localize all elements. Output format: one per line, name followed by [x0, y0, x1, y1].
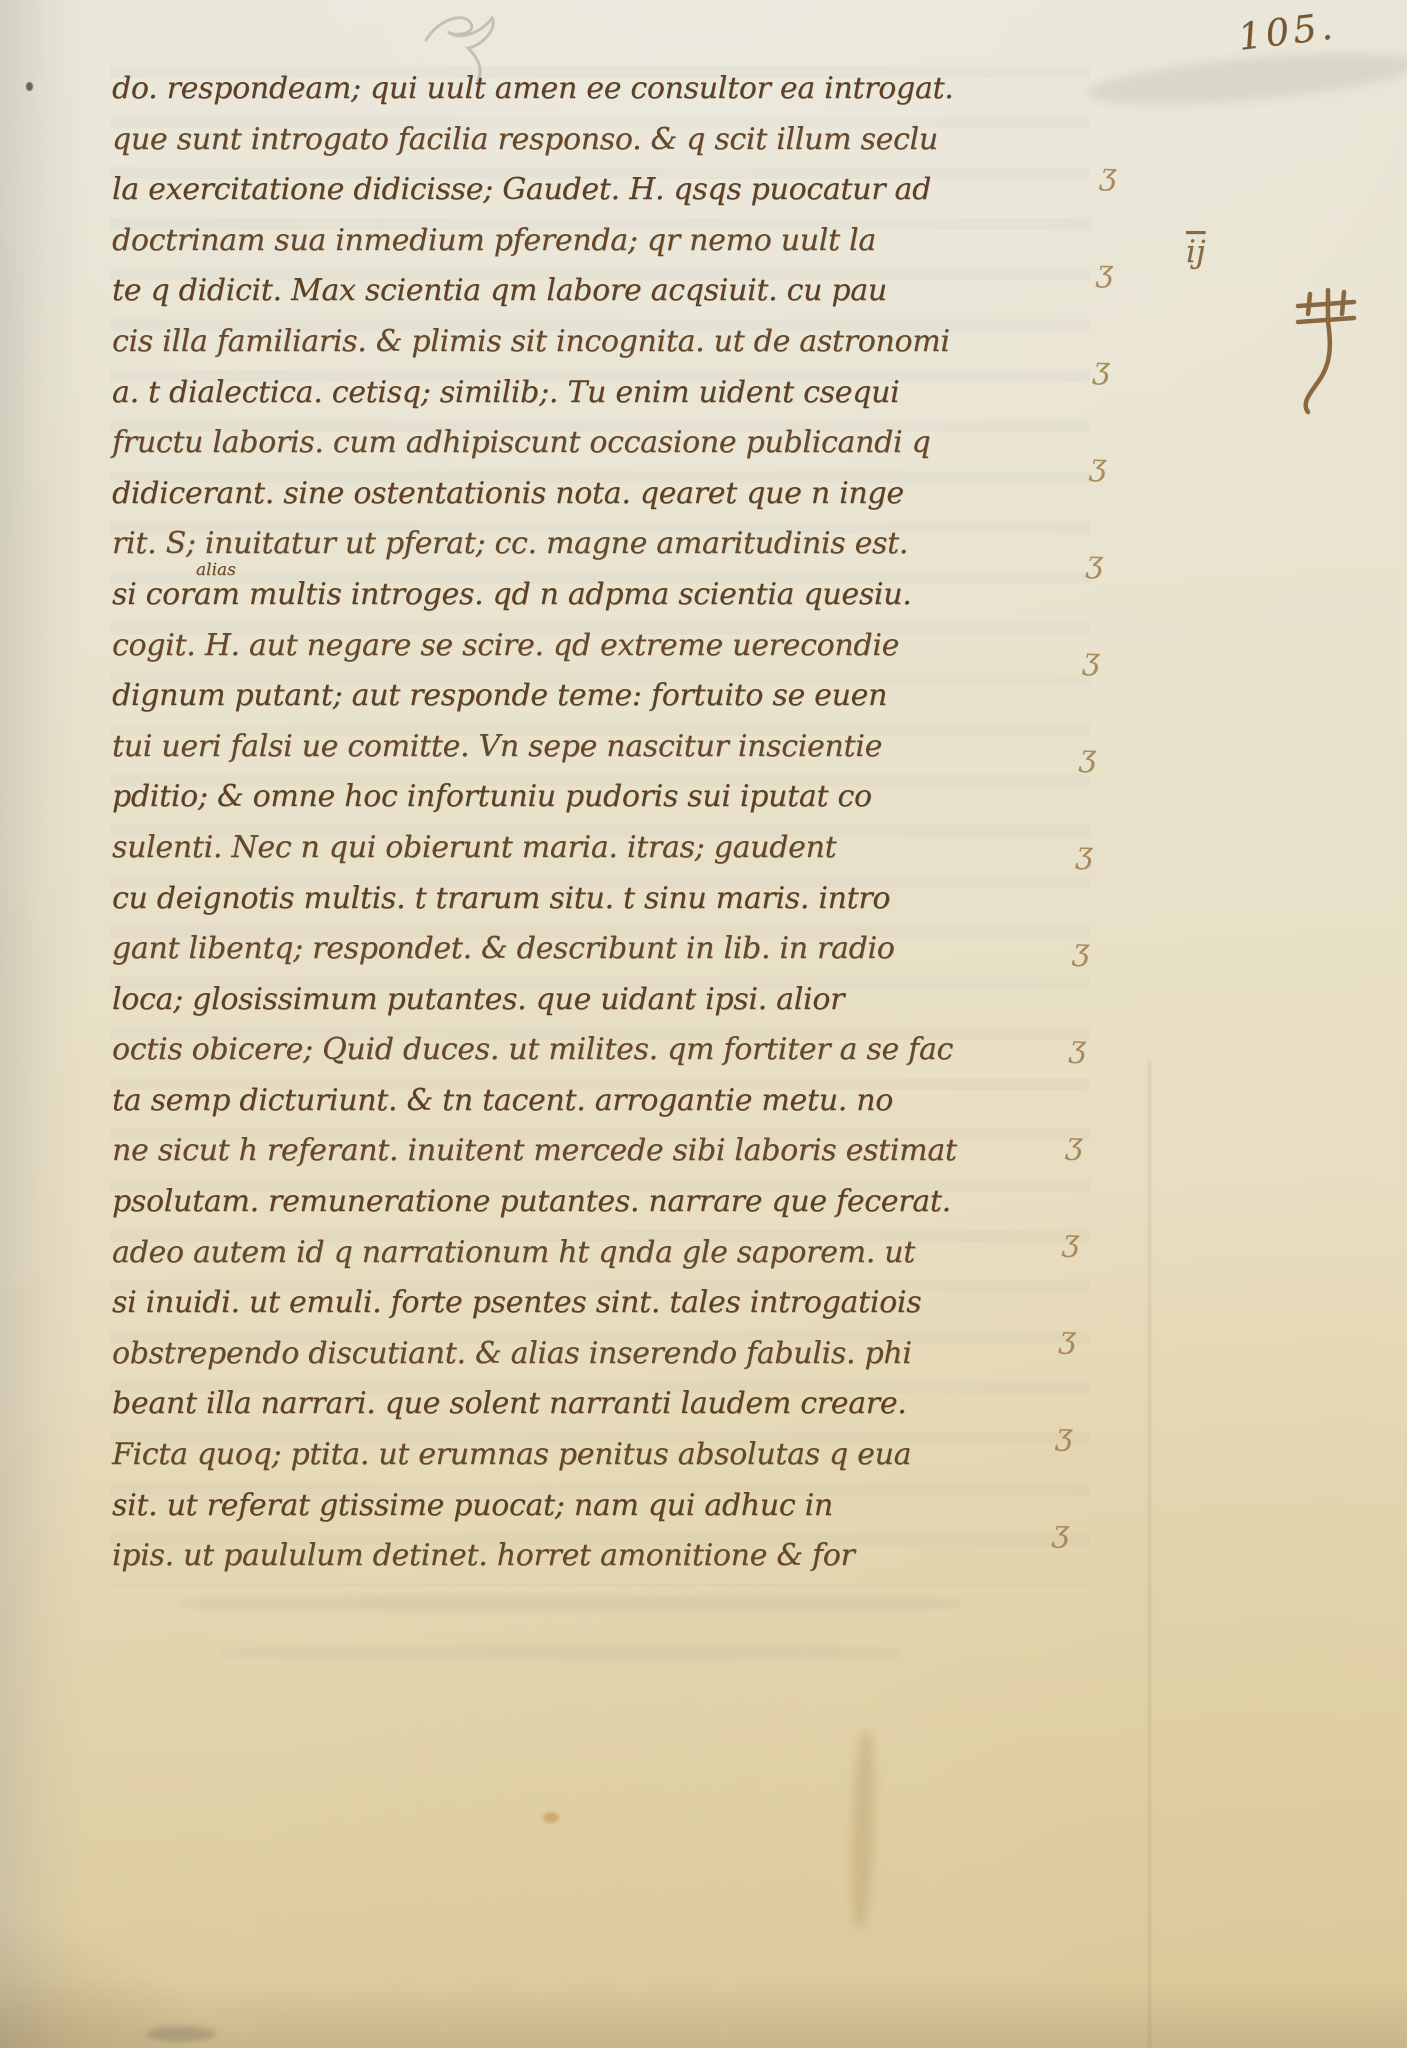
manuscript-line: sulenti. Nec n qui obierunt maria. itras…	[112, 823, 1097, 874]
manuscript-line: loca; glosissimum putantes. que uidant i…	[112, 975, 1097, 1026]
manuscript-line: didicerant. sine ostentationis nota. qea…	[112, 469, 1097, 520]
manuscript-line: que sunt introgato facilia responso. & q…	[112, 115, 1097, 166]
manuscript-line: te q didicit. Max scientia qm labore acq…	[112, 266, 1097, 317]
manuscript-line: doctrinam sua inmedium pferenda; qr nemo…	[112, 216, 1097, 267]
manuscript-line: ta semp dicturiunt. & tn tacent. arrogan…	[112, 1076, 1097, 1127]
manuscript-page: 105. ij ʒ ʒ ʒ ʒ ʒ ʒ ʒ ʒ ʒ ʒ ʒ ʒ ʒ ʒ ʒ al…	[0, 0, 1407, 2048]
vertical-crease	[1148, 1060, 1151, 2048]
manuscript-line: pditio; & omne hoc infortuniu pudoris su…	[112, 772, 1097, 823]
amber-stain-dot	[543, 1812, 559, 1823]
manuscript-line: psolutam. remuneratione putantes. narrar…	[112, 1177, 1097, 1228]
manuscript-line: la exercitatione didicisse; Gaudet. H. q…	[112, 165, 1097, 216]
manuscript-line: fructu laboris. cum adhipiscunt occasion…	[112, 418, 1097, 469]
manuscript-line: tui ueri falsi ue comitte. Vn sepe nasci…	[112, 722, 1097, 773]
manuscript-line: beant illa narrari. que solent narranti …	[112, 1379, 1097, 1430]
manuscript-line: adeo autem id q narrationum ht qnda gle …	[112, 1228, 1097, 1279]
manuscript-text-block: do. respondeam; qui uult amen ee consult…	[112, 64, 1097, 1582]
manuscript-line: a. t dialectica. cetisq; similib;. Tu en…	[112, 368, 1097, 419]
folio-number: 105.	[1236, 4, 1339, 59]
manuscript-line: obstrependo discutiant. & alias inserend…	[112, 1329, 1097, 1380]
manuscript-line: Ficta quoq; ptita. ut erumnas penitus ab…	[112, 1430, 1097, 1481]
ink-speck	[26, 82, 33, 91]
manuscript-line: sit. ut referat gtissime puocat; nam qui…	[112, 1481, 1097, 1532]
corner-stain	[0, 1880, 260, 2048]
manuscript-line: do. respondeam; qui uult amen ee consult…	[112, 64, 1097, 115]
manuscript-line: ipis. ut paululum detinet. horret amonit…	[112, 1531, 1097, 1582]
manuscript-line: cogit. H. aut negare se scire. qd extrem…	[112, 621, 1097, 672]
manuscript-line: octis obicere; Quid duces. ut milites. q…	[112, 1025, 1097, 1076]
crossed-hash-mark-icon	[1292, 288, 1366, 424]
manuscript-line: ne sicut h referant. inuitent mercede si…	[112, 1126, 1097, 1177]
page-edge-shadow	[0, 0, 86, 2048]
ink-stain	[849, 1730, 878, 1931]
manuscript-line: cu deignotis multis. t trarum situ. t si…	[112, 874, 1097, 925]
quire-mark: ij	[1186, 234, 1206, 270]
showthrough-line	[220, 1646, 900, 1660]
showthrough-line	[180, 1596, 960, 1611]
manuscript-line: si coram multis introges. qd n adpma sci…	[112, 570, 1097, 621]
manuscript-line: si inuidi. ut emuli. forte psentes sint.…	[112, 1278, 1097, 1329]
edge-smudge	[146, 2026, 216, 2042]
manuscript-line: cis illa familiaris. & plimis sit incogn…	[112, 317, 1097, 368]
manuscript-line: gant libentq; respondet. & describunt in…	[112, 924, 1097, 975]
manuscript-line: dignum putant; aut responde teme: fortui…	[112, 671, 1097, 722]
manuscript-line: rit. S; inuitatur ut pferat; cc. magne a…	[112, 519, 1097, 570]
